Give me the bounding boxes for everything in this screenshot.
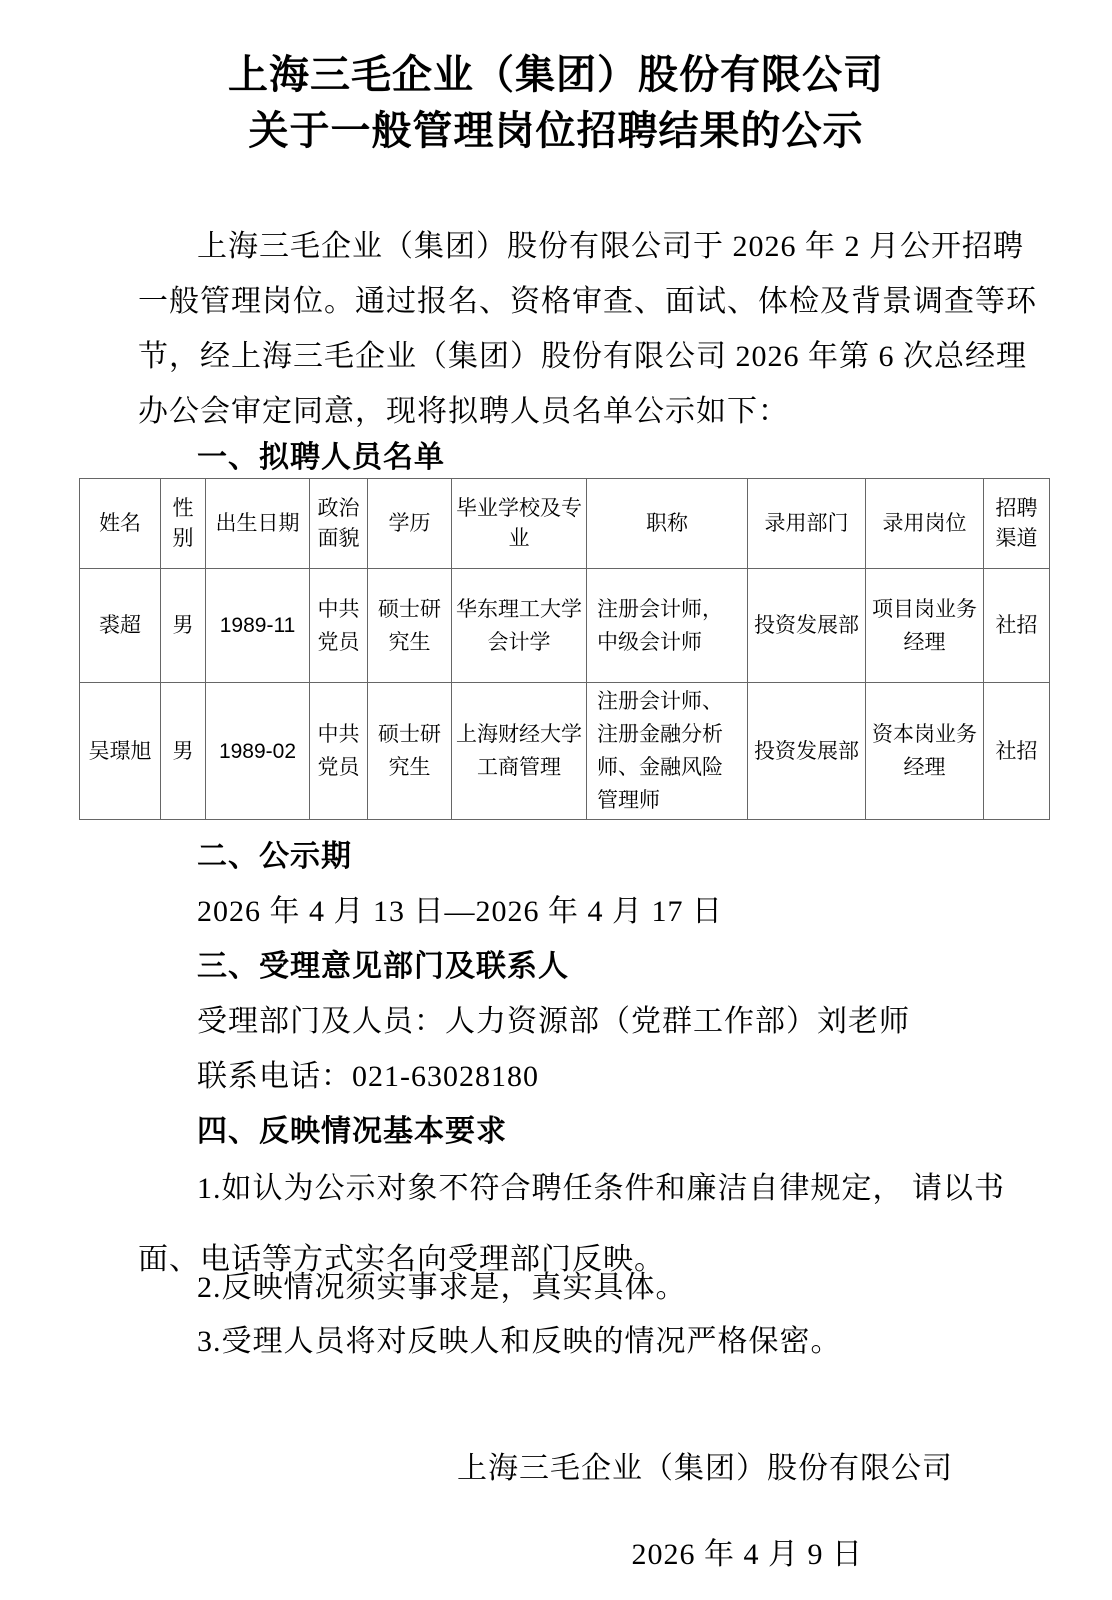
publicity-period: 2026 年 4 月 13 日—2026 年 4 月 17 日: [138, 895, 1112, 929]
table-header-political-status: 政治面貌: [310, 479, 368, 569]
table-header-row: 姓名 性别 出生日期 政治面貌 学历 毕业学校及专业 职称 录用部门 录用岗位 …: [80, 479, 1050, 569]
cell-education: 硕士研究生: [368, 683, 452, 820]
table-header-gender: 性别: [161, 479, 206, 569]
section-3-heading: 三、受理意见部门及联系人: [197, 950, 1112, 984]
table-row: 裘超 男 1989-11 中共党员 硕士研究生 华东理工大学会计学 注册会计师，…: [80, 569, 1050, 683]
cell-birthdate: 1989-11: [206, 569, 310, 683]
cell-channel: 社招: [984, 683, 1050, 820]
requirement-item-3: 3.受理人员将对反映人和反映的情况严格保密。: [138, 1325, 1112, 1359]
contact-department-line: 受理部门及人员：人力资源部（党群工作部）刘老师: [138, 1005, 1112, 1039]
intro-paragraph: 上海三毛企业（集团）股份有限公司于 2026 年 2 月公开招聘 一般管理岗位。…: [0, 219, 1112, 439]
cell-political-status: 中共党员: [310, 683, 368, 820]
table-header-title: 职称: [587, 479, 748, 569]
requirement-item-1-line1: 1.如认为公示对象不符合聘任条件和廉洁自律规定， 请以书: [138, 1172, 1112, 1206]
cell-school-major: 上海财经大学工商管理: [452, 683, 587, 820]
table-header-birthdate: 出生日期: [206, 479, 310, 569]
contact-phone-line: 联系电话：021-63028180: [138, 1060, 1112, 1094]
requirement-item-2: 2.反映情况须实事求是，真实具体。: [138, 1271, 1112, 1305]
cell-position: 资本岗业务经理: [866, 683, 984, 820]
notice-page: 上海三毛企业（集团）股份有限公司 关于一般管理岗位招聘结果的公示 上海三毛企业（…: [0, 0, 1112, 1600]
intro-line: 上海三毛企业（集团）股份有限公司于 2026 年 2 月公开招聘: [138, 219, 1112, 274]
cell-title: 注册会计师，中级会计师: [587, 569, 748, 683]
cell-name: 吴璟旭: [80, 683, 161, 820]
cell-title: 注册会计师、注册金融分析师、金融风险管理师: [587, 683, 748, 820]
table-header-channel: 招聘渠道: [984, 479, 1050, 569]
signature-date: 2026 年 4 月 9 日: [0, 1538, 1112, 1572]
document-title-line1: 上海三毛企业（集团）股份有限公司: [0, 47, 1112, 103]
cell-name: 裘超: [80, 569, 161, 683]
table-header-name: 姓名: [80, 479, 161, 569]
table-row: 吴璟旭 男 1989-02 中共党员 硕士研究生 上海财经大学工商管理 注册会计…: [80, 683, 1050, 820]
table-header-department: 录用部门: [748, 479, 866, 569]
intro-line: 办公会审定同意，现将拟聘人员名单公示如下：: [138, 384, 1112, 439]
cell-education: 硕士研究生: [368, 569, 452, 683]
section-2-heading: 二、公示期: [197, 840, 1112, 874]
table-header-education: 学历: [368, 479, 452, 569]
cell-gender: 男: [161, 683, 206, 820]
section-4-heading: 四、反映情况基本要求: [197, 1115, 1112, 1149]
cell-gender: 男: [161, 569, 206, 683]
table-header-school-major: 毕业学校及专业: [452, 479, 587, 569]
candidate-table: 姓名 性别 出生日期 政治面貌 学历 毕业学校及专业 职称 录用部门 录用岗位 …: [79, 478, 1050, 820]
cell-school-major: 华东理工大学会计学: [452, 569, 587, 683]
cell-position: 项目岗业务经理: [866, 569, 984, 683]
cell-birthdate: 1989-02: [206, 683, 310, 820]
intro-line: 一般管理岗位。通过报名、资格审查、面试、体检及背景调查等环: [138, 274, 1112, 329]
document-title-line2: 关于一般管理岗位招聘结果的公示: [0, 103, 1112, 159]
cell-political-status: 中共党员: [310, 569, 368, 683]
cell-department: 投资发展部: [748, 683, 866, 820]
section-1-heading: 一、拟聘人员名单: [197, 441, 1112, 475]
document-title: 上海三毛企业（集团）股份有限公司 关于一般管理岗位招聘结果的公示: [0, 0, 1112, 159]
cell-department: 投资发展部: [748, 569, 866, 683]
intro-line: 节，经上海三毛企业（集团）股份有限公司 2026 年第 6 次总经理: [138, 329, 1112, 384]
cell-channel: 社招: [984, 569, 1050, 683]
signature-company: 上海三毛企业（集团）股份有限公司: [0, 1452, 1112, 1486]
table-header-position: 录用岗位: [866, 479, 984, 569]
